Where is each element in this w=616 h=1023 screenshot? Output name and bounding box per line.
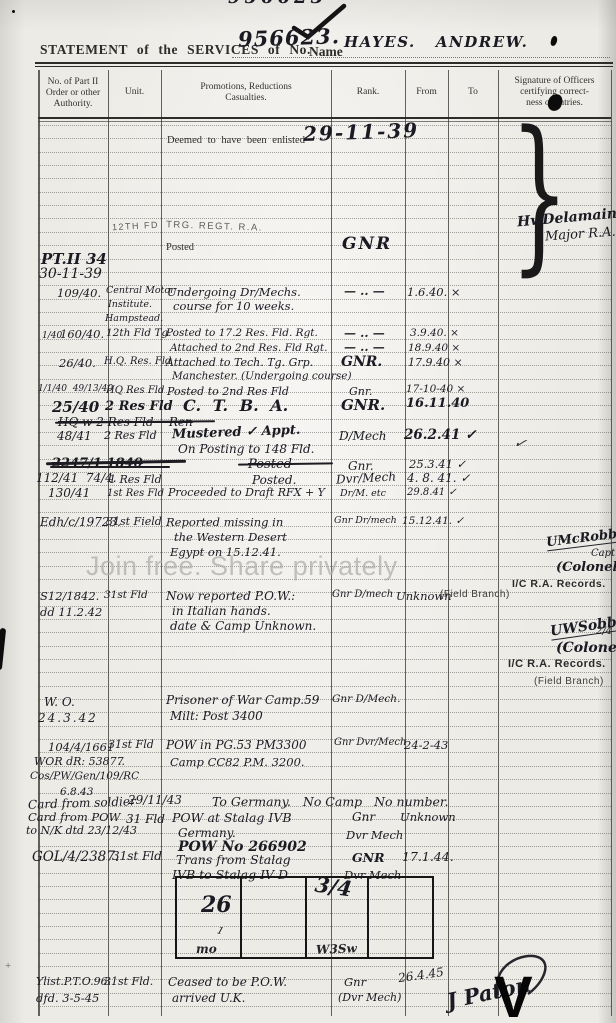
entry-text: POW in PG.53 PM3300 <box>166 738 306 752</box>
entry-text: Manchester. (Undergoing course) <box>172 370 352 382</box>
box-scribble: mo <box>196 942 217 956</box>
entry-text: Attached to Tech. Tg. Grp. <box>166 356 313 369</box>
ruled-line <box>38 752 611 753</box>
entry-rank: (Dvr Mech) <box>338 991 401 1004</box>
entry-text: Attached to 2nd Res. Fld Rgt. <box>170 342 327 354</box>
ink-speck <box>12 10 15 13</box>
double-rule-bottom <box>35 66 613 67</box>
entry-authority: 29/11/43 <box>128 793 182 807</box>
edge-plus-mark: + <box>5 960 11 972</box>
entry-text: Posted. <box>252 473 296 487</box>
entry-unit: Institute. <box>108 299 152 310</box>
entry-rank: Dr/M. etc <box>340 488 386 499</box>
double-rule-top <box>35 62 613 64</box>
ruled-line <box>38 512 611 513</box>
curly-brace-mark: } <box>510 118 569 268</box>
entry-text: Prisoner of War Camp.59 <box>166 693 319 707</box>
column-line <box>498 70 499 1016</box>
entry-unit: 31st Field <box>106 515 162 528</box>
entry-text: Germany. <box>178 826 236 840</box>
entry-authority: Cos/PW/Gen/109/RC <box>30 770 139 782</box>
entry-unit: HQ Res Fld <box>106 385 164 396</box>
stray-mark: ✓ <box>512 433 529 454</box>
enlistment-date: 29-11-39 <box>303 118 420 146</box>
entry-text: Posted to 17.2 Res. Fld. Rgt. <box>166 327 318 339</box>
entry-rank: Gnr D/mech <box>332 589 393 600</box>
entry-date: 18.9.40 × <box>408 342 460 354</box>
entry-unit: Central Motor <box>106 285 175 296</box>
entry-unit: 31 Fld <box>126 812 165 826</box>
entry-authority: dd 11.2.42 <box>40 605 102 619</box>
field-branch-stamp: (Field Branch) <box>440 589 510 600</box>
ruled-line <box>38 539 611 540</box>
strike-line <box>50 466 170 468</box>
entry-rank: Dvr Mech <box>346 828 403 842</box>
entry-authority: GOL/4/2387. <box>32 849 119 865</box>
entry-authority: 160/40. <box>60 327 104 341</box>
entry-rank: Gnr D/Mech. <box>332 693 400 705</box>
photo-host-watermark: Join free. Share privately <box>86 551 398 582</box>
entry-rank: — .. — <box>344 340 385 354</box>
entry-text: date & Camp Unknown. <box>170 619 316 633</box>
entry-text: Ceased to be P.O.W. <box>168 975 287 989</box>
column-line <box>448 70 449 1016</box>
entry-text: Proceeded to Draft RFX + Y <box>168 486 325 499</box>
authority-date: 30-11-39 <box>39 266 102 282</box>
ruled-line <box>38 619 611 620</box>
field-branch-stamp: (Field Branch) <box>534 676 604 687</box>
ruled-line <box>38 632 611 633</box>
entry-unit: 31st Fld <box>112 849 162 863</box>
entry-rank: — .. — <box>344 284 385 298</box>
ruled-line <box>38 606 611 607</box>
entry-authority: 1/1/40 49/13/40 <box>38 384 113 394</box>
entry-unit: 1st Res Fld <box>107 488 164 499</box>
name-handwritten: HAYES. ANDREW. <box>344 33 528 51</box>
entry-rank: Gnr Dvr/Mech <box>334 737 406 748</box>
entry-text: arrived U.K. <box>172 991 245 1005</box>
entry-text: the Western Desert <box>174 530 287 544</box>
entry-date: 17.1.44. <box>402 849 454 864</box>
entry-authority: WOR dR: 53877 <box>34 755 124 768</box>
entry-text: Reported missing in <box>166 515 283 529</box>
entry-text: in Italian hands. <box>172 604 271 618</box>
entry-unit: 12th Fld Tg. <box>106 327 171 339</box>
entry-unit: .. <box>118 755 125 768</box>
entry-date: 4. 8. 41. ✓ <box>407 471 470 485</box>
entry-rank: GNR. <box>341 396 385 414</box>
entry-date: 15.12.41. ✓ <box>402 515 464 527</box>
column-line <box>405 70 406 1016</box>
tally-value: 26 <box>201 892 232 918</box>
entry-date: 29.8.41 ✓ <box>407 487 457 498</box>
entry-rank: Dvr/Mech <box>336 469 397 486</box>
entry-date: 1.6.40. × <box>407 285 461 299</box>
column-line <box>161 70 162 1016</box>
title-dotted-rule <box>232 57 610 58</box>
entry-text: course for 10 weeks. <box>173 299 294 313</box>
entry-authority: 112/41 74/4. <box>36 471 117 485</box>
ruled-line <box>38 672 611 673</box>
entry-authority: 48/41 <box>57 429 92 443</box>
entry-text: Undergoing Dr/Mechs. <box>167 285 301 299</box>
signature-rank: 2/4 <box>596 626 612 637</box>
col-header-promotions: Promotions, Reductions Casualties. <box>161 82 331 104</box>
entry-text: Milt: Post 3400 <box>170 709 263 723</box>
entry-rank: GNR. <box>341 354 382 370</box>
entry-rank: Gnr <box>344 975 366 989</box>
entry-unit: H.Q. Res. Fld <box>104 356 171 367</box>
entry-authority: 26/40. <box>59 356 96 370</box>
ruled-line <box>38 646 611 647</box>
ruled-line <box>38 712 611 713</box>
entry-authority: Ylist.P.T.O.96. <box>36 975 111 988</box>
entry-rank: GNR <box>352 850 385 865</box>
entry-date: 24-2-43 <box>404 738 448 752</box>
signature-colonel: (Colonel, <box>556 560 616 575</box>
entry-authority: 25/40 <box>52 398 99 416</box>
entry-rank: Gnr <box>352 810 375 824</box>
entry-text: POW at Stalag IVB <box>172 810 292 825</box>
ruled-line <box>38 699 611 700</box>
ruled-line <box>38 686 611 687</box>
enlistment-printed-text: Deemed to have been enlisted <box>167 135 305 146</box>
ruled-line <box>38 846 611 847</box>
box-scribble: W3Sw <box>316 941 357 956</box>
entry-text: To Germany. No Camp No number. <box>212 794 448 809</box>
col-header-to: To <box>448 87 498 98</box>
entry-unit: 31st Fld. <box>104 975 153 988</box>
tally-divider <box>240 878 242 957</box>
tally-divider <box>367 878 369 957</box>
entry-text: C. T. B. A. <box>183 396 288 415</box>
entry-unit: 2 Res Fld <box>104 429 157 442</box>
tally-divider <box>305 878 307 957</box>
entry-text: Camp CC82 P.M. 3200. <box>170 755 305 769</box>
tally-value: 3/4 <box>313 872 353 902</box>
entry-rank: D/Mech <box>339 429 387 443</box>
entry-text: Now reported P.O.W.: <box>166 589 295 603</box>
entry-unit: 31st Fld <box>104 589 148 601</box>
column-line <box>38 70 40 1016</box>
entry-unit: 2 Res Fld <box>105 399 173 414</box>
entry-rank: Gnr Dr/mech <box>334 515 397 526</box>
ruled-line <box>38 819 611 820</box>
entry-authority: dfd. 3-5-45 <box>36 991 99 1005</box>
signature-rank: Capt. <box>591 548 616 559</box>
entry-authority: S12/1842. <box>40 589 99 603</box>
entry-authority: 130/41 <box>48 486 90 500</box>
entry-rank: — .. — <box>344 326 385 340</box>
entry-authority: W. O. <box>44 695 75 709</box>
entry-authority: 24.3.42 <box>38 711 98 725</box>
entry-authority: Card from POW <box>28 810 120 824</box>
entry-date: 16.11.40 <box>406 396 469 411</box>
entry-authority: 109/40. <box>57 286 101 300</box>
signature-colonel: (Colonel, <box>556 640 616 656</box>
ruled-line <box>38 726 611 727</box>
entry-authority: 104/4/1661 <box>48 740 114 754</box>
col-header-from: From <box>405 87 448 98</box>
entry-unit: Hampstead. <box>105 313 163 324</box>
ra-records-stamp: I/C R.A. Records. <box>512 578 606 590</box>
entry-date: 17-10-40 × <box>406 383 465 395</box>
col-header-rank: Rank. <box>331 87 405 98</box>
edge-stroke <box>0 628 6 670</box>
entry-authority: to N/K dtd 23/12/43 <box>26 824 137 837</box>
entry-text: Trans from Stalag <box>176 852 291 867</box>
entry-unit: 31st Fld <box>108 738 154 751</box>
entry-text: Mustered ✓ Appt. <box>172 423 301 442</box>
posted-rank: GNR <box>342 234 392 254</box>
tally-mark: 1 <box>215 925 224 937</box>
unit-stamp: 12TH FD <box>112 220 159 232</box>
entry-text: On Posting to 148 Fld. <box>178 442 314 456</box>
ink-blot-small <box>550 35 558 46</box>
posted-printed: Posted <box>166 242 194 253</box>
col-header-authority: No. of Part II Order or other Authority. <box>38 77 108 110</box>
entry-date: Unknown <box>400 810 456 824</box>
scanned-service-record-page: 956623 STATEMENT of the SERVICES of No. … <box>0 0 616 1023</box>
ra-records-stamp: I/C R.A. Records. <box>508 658 606 670</box>
victory-mark: V <box>494 964 533 1023</box>
column-line <box>108 70 109 1016</box>
entry-date: 17.9.40 × <box>408 356 463 369</box>
entry-date: 25.3.41 ✓ <box>409 457 466 471</box>
col-header-unit: Unit. <box>108 87 161 98</box>
entry-unit: 1 Res Fld <box>109 473 162 486</box>
entry-date: 26.2.41 ✓ <box>404 427 476 443</box>
entry-date: 3.9.40. × <box>410 327 459 339</box>
